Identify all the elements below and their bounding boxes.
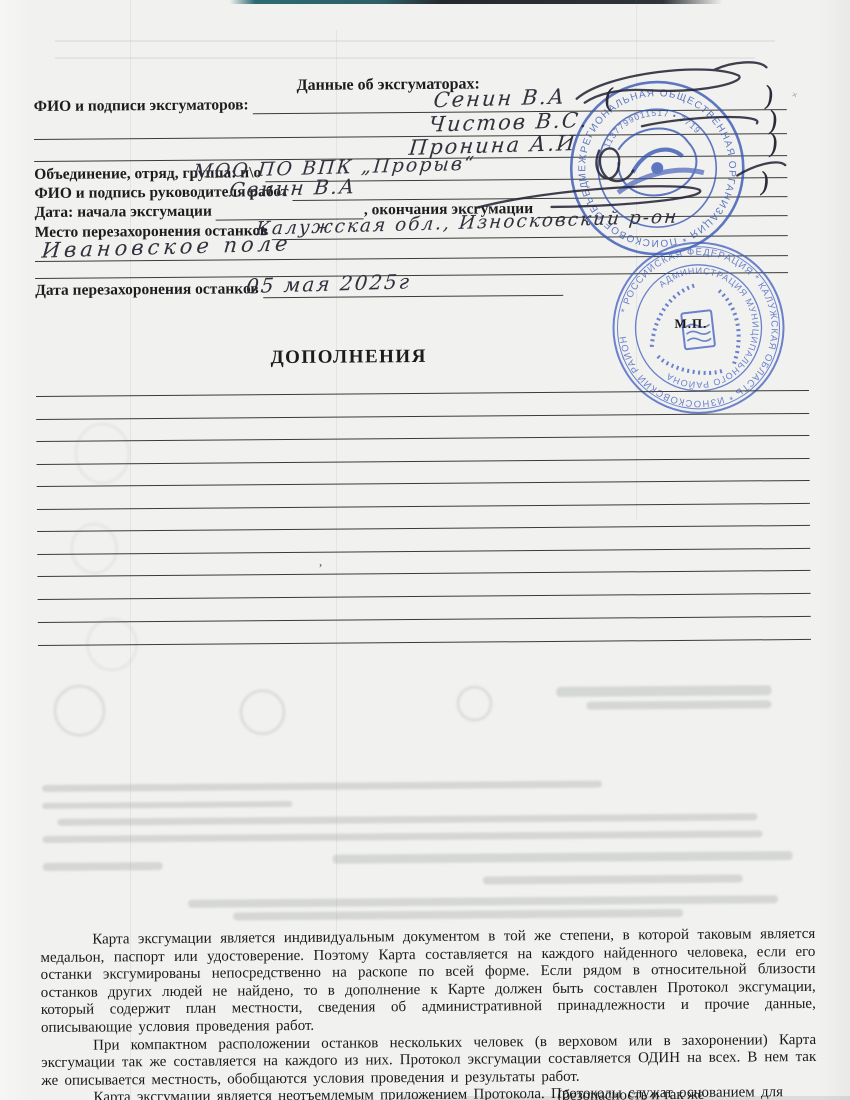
scanned-document-page: Данные об эксгуматорах: ФИО и подписи эк… <box>0 0 850 1100</box>
bleedthrough-mark <box>42 781 602 792</box>
bleedthrough-mark <box>53 684 105 736</box>
cutoff-line: (безопасность и так же <box>557 1087 704 1100</box>
footer-paragraph-1: Карта эксгумации является индивидуальным… <box>40 926 816 1038</box>
bleedthrough-mark <box>239 689 285 735</box>
bleedthrough-mark <box>74 422 130 484</box>
handwriting-leader: Сенин В.А <box>228 174 357 202</box>
bleedthrough-mark <box>556 685 771 697</box>
bleedthrough-mark <box>43 862 163 871</box>
footer-paragraph-2: При компактном расположении останков нес… <box>41 1031 816 1090</box>
ruled-line <box>37 570 810 577</box>
ruled-line <box>37 458 810 465</box>
ruled-line <box>38 639 811 646</box>
footer-text-block: Карта эксгумации является индивидуальным… <box>40 926 816 1100</box>
mp-seal-place-mark: М.П. <box>674 316 707 332</box>
bleedthrough-mark <box>483 874 743 884</box>
bleedthrough-mark <box>188 895 778 908</box>
field-label-reburial-date: Дата перезахоронения останков <box>35 280 263 300</box>
stray-ink-mark: ’ <box>318 561 322 577</box>
bleedthrough-mark <box>586 700 771 709</box>
bleedthrough-mark <box>456 685 492 721</box>
bleedthrough-mark <box>42 830 762 843</box>
document-sheet: Данные об эксгуматорах: ФИО и подписи эк… <box>0 0 850 1100</box>
signature-ink <box>446 57 817 230</box>
handwriting-reburial-date: 05 мая 2025г <box>245 269 412 298</box>
ruled-line <box>37 480 810 487</box>
ruled-line <box>37 503 810 510</box>
ruled-line <box>38 616 811 623</box>
bleedthrough-mark <box>233 909 683 921</box>
ruled-line <box>37 525 810 532</box>
bleedthrough-mark <box>333 851 793 864</box>
bleedthrough-mark <box>42 801 292 809</box>
ruled-line <box>37 548 810 555</box>
ruled-line <box>38 593 811 600</box>
additions-title: ДОПОЛНЕНИЯ <box>0 344 699 371</box>
bleedthrough-mark <box>57 813 757 825</box>
ruled-line <box>36 435 809 442</box>
field-label-exhumers: ФИО и подписи эксгуматоров: <box>34 96 253 116</box>
